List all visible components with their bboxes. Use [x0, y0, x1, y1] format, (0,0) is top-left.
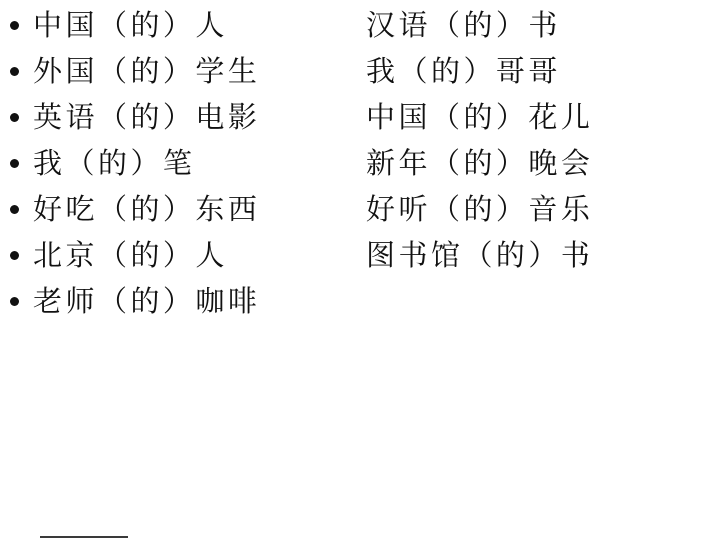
bullet-icon [10, 159, 19, 168]
list-item: 我（的）笔 [10, 140, 260, 186]
bullet-list: 中国（的）人 外国（的）学生 英语（的）电影 我（的）笔 好吃（的）东西 北京（… [10, 2, 260, 324]
list-item: 中国（的）人 [10, 2, 260, 48]
list-item: 外国（的）学生 [10, 48, 260, 94]
phrase-text: 好听（的）音乐 [366, 186, 593, 232]
list-item-text: 英语（的）电影 [33, 94, 260, 140]
slide: 中国（的）人 外国（的）学生 英语（的）电影 我（的）笔 好吃（的）东西 北京（… [0, 0, 720, 540]
phrase-text: 汉语（的）书 [366, 2, 561, 48]
phrase-text: 新年（的）晚会 [366, 140, 593, 186]
phrase-text: 我（的）哥哥 [366, 48, 561, 94]
list-item-text: 外国（的）学生 [33, 48, 260, 94]
phrase-list: 汉语（的）书 我（的）哥哥 中国（的）花儿 新年（的）晚会 好听（的）音乐 图书… [366, 2, 593, 278]
bullet-icon [10, 251, 19, 260]
list-item: 老师（的）咖啡 [10, 278, 260, 324]
phrase-text: 中国（的）花儿 [366, 94, 593, 140]
phrase-item: 图书馆（的）书 [366, 232, 593, 278]
bullet-icon [10, 21, 19, 30]
phrase-item: 中国（的）花儿 [366, 94, 593, 140]
phrase-item: 汉语（的）书 [366, 2, 593, 48]
phrase-item: 我（的）哥哥 [366, 48, 593, 94]
divider-line [40, 536, 128, 538]
bullet-icon [10, 113, 19, 122]
list-item: 英语（的）电影 [10, 94, 260, 140]
list-item-text: 北京（的）人 [33, 232, 228, 278]
bullet-icon [10, 67, 19, 76]
list-item-text: 老师（的）咖啡 [33, 278, 260, 324]
list-item-text: 好吃（的）东西 [33, 186, 260, 232]
list-item: 好吃（的）东西 [10, 186, 260, 232]
list-item-text: 中国（的）人 [33, 2, 228, 48]
phrase-item: 好听（的）音乐 [366, 186, 593, 232]
phrase-text: 图书馆（的）书 [366, 232, 593, 278]
list-item: 北京（的）人 [10, 232, 260, 278]
phrase-item: 新年（的）晚会 [366, 140, 593, 186]
bullet-icon [10, 297, 19, 306]
bullet-icon [10, 205, 19, 214]
list-item-text: 我（的）笔 [33, 140, 195, 186]
